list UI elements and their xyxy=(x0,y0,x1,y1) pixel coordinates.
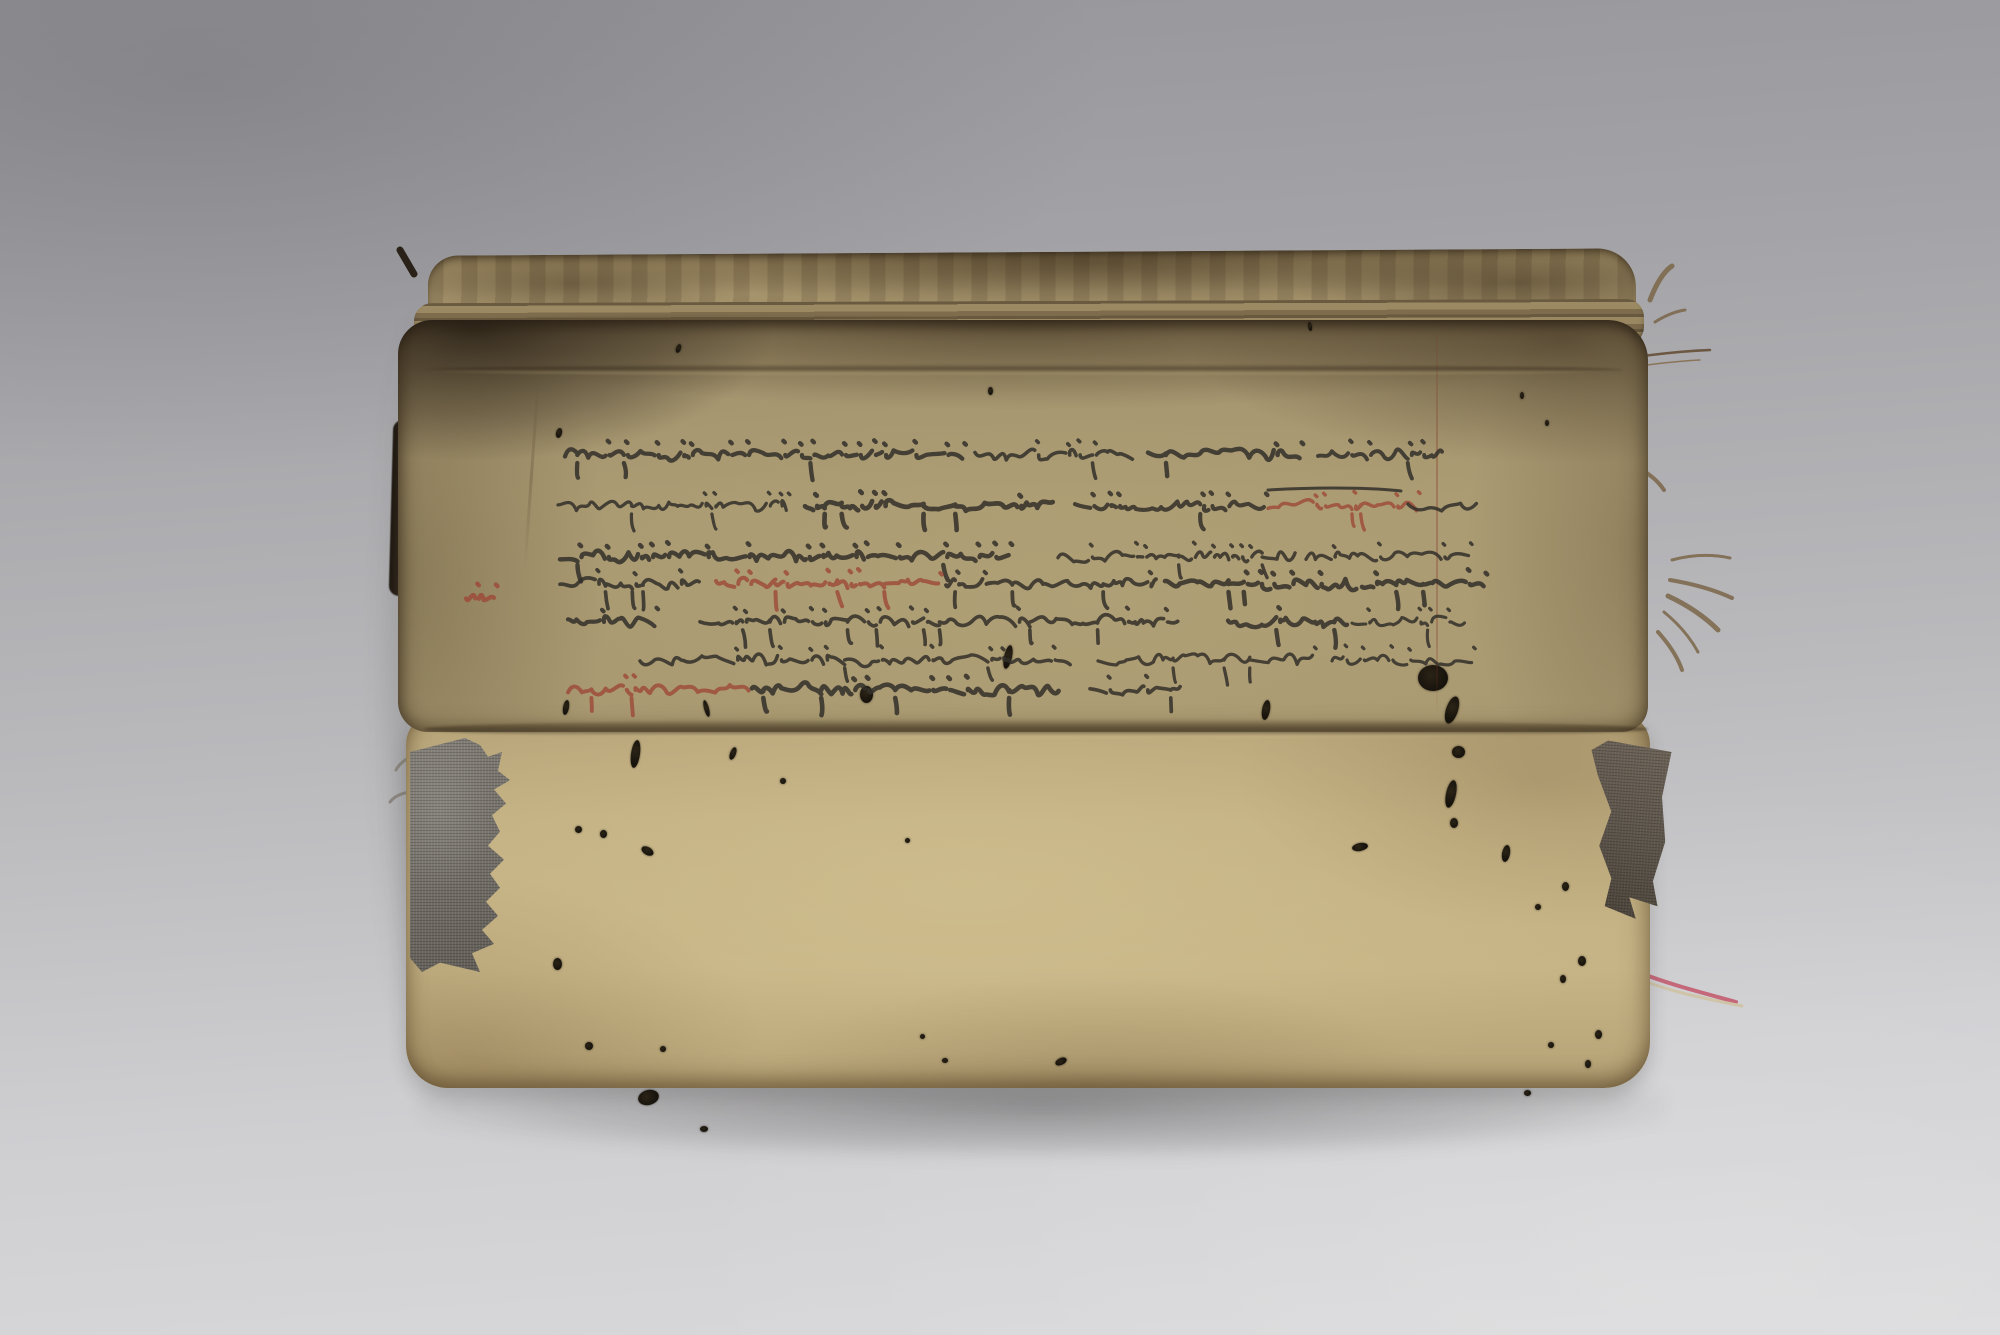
script-line-segment xyxy=(1268,492,1420,531)
script-line-segment xyxy=(568,608,659,627)
script-line-segment xyxy=(568,675,749,715)
script-line-segment xyxy=(1352,608,1465,646)
script-line-segment xyxy=(640,646,1070,682)
script-line-segment xyxy=(1408,503,1476,511)
handwriting-svg xyxy=(0,0,2000,1335)
photo-backdrop xyxy=(0,0,2000,1335)
script-line-segment xyxy=(1362,569,1488,609)
script-line-segment xyxy=(1306,543,1473,561)
script-line-segment xyxy=(565,440,966,480)
script-line-segment xyxy=(1075,492,1268,529)
rubric-overline xyxy=(1268,488,1401,491)
script-line-segment xyxy=(558,492,790,531)
script-line-segment xyxy=(1090,676,1180,712)
script-line-segment xyxy=(1165,571,1356,608)
script-line-segment xyxy=(805,491,1053,530)
script-line-segment xyxy=(946,571,1156,608)
script-line-segment xyxy=(716,569,942,610)
script-line-segment xyxy=(1148,443,1304,477)
script-line-segment xyxy=(1098,647,1317,685)
script-line-segment xyxy=(1228,607,1347,648)
script-line-segment xyxy=(700,607,1178,647)
script-line-segment xyxy=(752,676,1059,715)
script-line-segment xyxy=(975,440,1132,478)
script-line-segment xyxy=(1318,441,1442,479)
script-line-segment xyxy=(1332,645,1476,665)
script-line-segment xyxy=(466,584,498,600)
